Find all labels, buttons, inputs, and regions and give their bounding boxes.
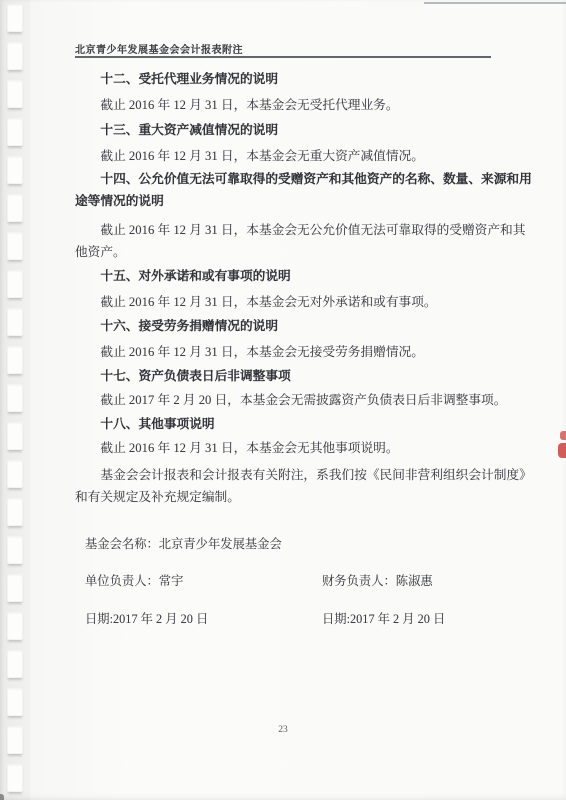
binder-hole — [7, 4, 23, 32]
binder-hole — [7, 422, 23, 450]
binder-hole — [7, 688, 23, 716]
binder-hole — [7, 650, 23, 678]
binder-hole — [7, 156, 23, 184]
section-15-body: 截止 2016 年 12 月 31 日，本基金会无对外承诺和或有事项。 — [75, 291, 533, 313]
page-header-title: 北京青少年发展基金会会计报表附注 — [75, 41, 243, 56]
binding-strip — [0, 0, 30, 800]
binder-hole — [7, 232, 23, 260]
binder-hole — [7, 194, 23, 222]
section-13-title: 十三、重大资产减值情况的说明 — [75, 119, 533, 141]
binder-hole — [7, 346, 23, 374]
binder-hole — [7, 42, 23, 70]
section-18-title: 十八、其他事项说明 — [75, 413, 533, 435]
scan-corner-speck — [0, 794, 4, 800]
binder-hole — [7, 460, 23, 488]
scan-edge-line — [424, 2, 566, 4]
binder-hole — [7, 270, 23, 298]
header-divider — [75, 56, 491, 58]
binder-hole — [7, 384, 23, 412]
unit-date-line: 日期:2017 年 2 月 20 日 — [85, 611, 208, 627]
finance-head-line: 财务负责人：陈淑惠 — [322, 573, 433, 589]
binder-hole — [7, 118, 23, 146]
unit-head-line: 单位负责人：常宇 — [85, 573, 183, 589]
section-14-title: 十四、公允价值无法可靠取得的受赠资产和其他资产的名称、数量、来源和用途等情况的说… — [75, 168, 533, 212]
red-ink-blob — [560, 431, 566, 440]
section-16-body: 截止 2016 年 12 月 31 日，本基金会无接受劳务捐赠情况。 — [75, 341, 533, 363]
binder-hole — [7, 498, 23, 526]
section-16-title: 十六、接受劳务捐赠情况的说明 — [75, 315, 533, 337]
binder-hole — [7, 308, 23, 336]
binder-hole — [7, 612, 23, 640]
section-13-body: 截止 2016 年 12 月 31 日，本基金会无重大资产减值情况。 — [75, 145, 533, 167]
section-17-title: 十七、资产负债表日后非调整事项 — [75, 365, 533, 387]
document-page: 北京青少年发展基金会会计报表附注 十二、受托代理业务情况的说明 截止 2016 … — [0, 0, 566, 800]
section-12-title: 十二、受托代理业务情况的说明 — [75, 68, 533, 90]
section-18-body: 截止 2016 年 12 月 31 日，本基金会无其他事项说明。 — [75, 437, 533, 459]
red-ink-mark — [557, 431, 566, 459]
binder-hole — [7, 536, 23, 564]
section-14-body: 截止 2016 年 12 月 31 日，本基金会无公允价值无法可靠取得的受赠资产… — [75, 219, 533, 263]
foundation-name-line: 基金会名称：北京青少年发展基金会 — [85, 536, 282, 552]
section-15-title: 十五、对外承诺和或有事项的说明 — [75, 265, 533, 287]
red-ink-blob — [558, 443, 566, 458]
section-12-body: 截止 2016 年 12 月 31 日，本基金会无受托代理业务。 — [75, 94, 533, 116]
binder-hole — [7, 574, 23, 602]
section-17-body: 截止 2017 年 2 月 20 日，本基金会无需披露资产负债表日后非调整事项。 — [75, 389, 533, 411]
page-number: 23 — [0, 725, 566, 735]
closing-paragraph: 基金会会计报表和会计报表有关附注，系我们按《民间非营利组织会计制度》和有关规定及… — [75, 464, 533, 508]
binder-hole — [7, 764, 23, 792]
finance-date-line: 日期:2017 年 2 月 20 日 — [322, 611, 445, 627]
binder-hole — [7, 80, 23, 108]
